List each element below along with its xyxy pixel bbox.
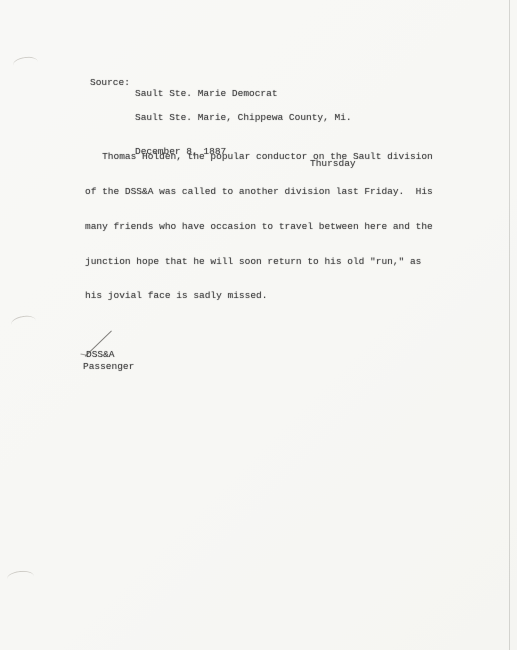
paper-edge-line	[509, 0, 510, 650]
pencil-arc-mark-middle	[10, 314, 37, 331]
article-line: many friends who have occasion to travel…	[85, 221, 433, 233]
article-text: Thomas Holden, the popular conductor on …	[85, 128, 433, 325]
source-publication: Sault Ste. Marie Democrat	[135, 88, 278, 100]
source-row-publication: Source: Sault Ste. Marie Democrat	[90, 65, 124, 77]
source-label: Source:	[90, 77, 130, 89]
pencil-arc-mark-top	[12, 55, 39, 71]
source-location: Sault Ste. Marie, Chippewa County, Mi.	[135, 112, 352, 124]
article-line: junction hope that he will soon return t…	[85, 256, 433, 268]
scanned-document-page: Source: Sault Ste. Marie Democrat Sault …	[0, 0, 517, 650]
notation-category: Passenger	[83, 361, 134, 373]
source-row-location: Sault Ste. Marie, Chippewa County, Mi.	[90, 100, 124, 112]
article-line: Thomas Holden, the popular conductor on …	[85, 151, 433, 163]
pencil-arc-mark-bottom	[6, 570, 34, 586]
article-line: his jovial face is sadly missed.	[85, 290, 433, 302]
article-line: of the DSS&A was called to another divis…	[85, 186, 433, 198]
